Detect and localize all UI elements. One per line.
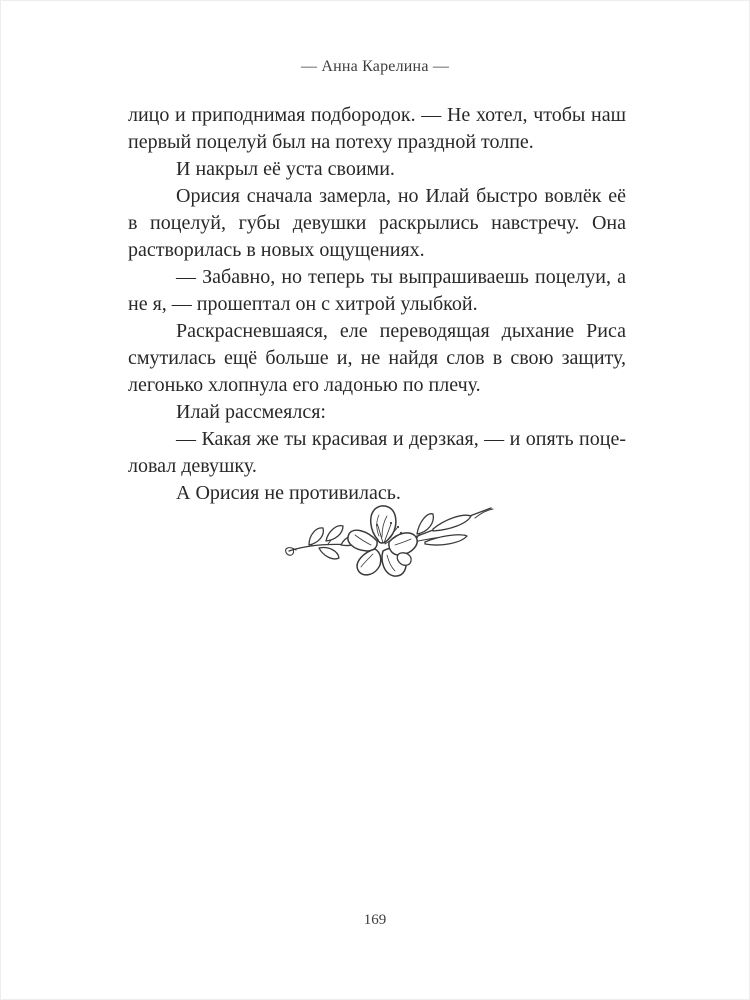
paragraph: Раскрасневшаяся, еле переводящая дыхание… bbox=[128, 318, 626, 399]
page-number: 169 bbox=[1, 912, 749, 929]
flower-sketch-icon bbox=[281, 501, 505, 591]
paragraph: — Забавно, но теперь ты выпрашиваешь поц… bbox=[128, 264, 626, 318]
paragraph: Орисия сначала замерла, но Илай быстро в… bbox=[128, 183, 626, 264]
book-page: — Анна Карелина — лицо и приподнимая под… bbox=[0, 0, 750, 1000]
paragraph: лицо и приподнимая подбородок. — Не хоте… bbox=[128, 102, 626, 156]
paragraph: — Какая же ты красивая и дерзкая, — и оп… bbox=[128, 426, 626, 480]
paragraph: И накрыл её уста своими. bbox=[128, 156, 626, 183]
flower-divider-illustration bbox=[281, 501, 505, 591]
running-header: — Анна Карелина — bbox=[1, 57, 749, 76]
paragraph: Илай рассмеялся: bbox=[128, 399, 626, 426]
page-text: лицо и приподнимая подбородок. — Не хоте… bbox=[128, 102, 626, 507]
